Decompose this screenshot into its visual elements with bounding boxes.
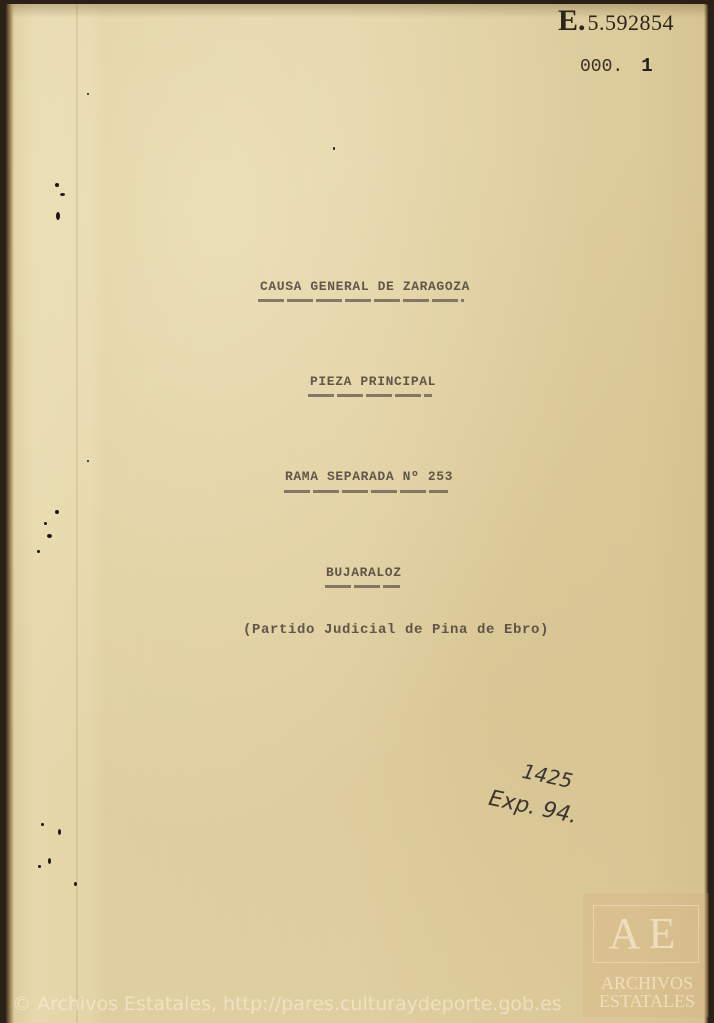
speck [58,829,61,835]
speck [87,460,89,462]
folio-page: 1 [641,55,652,77]
section-underline [308,394,432,397]
speck [87,93,89,95]
speck [55,183,59,187]
speck [333,147,335,150]
speck [60,193,65,196]
speck [44,522,47,525]
archivos-estatales-logo: AE ARCHIVOS ESTATALES [583,893,709,1017]
judicial-district: (Partido Judicial de Pina de Ebro) [243,622,549,638]
branch-heading: RAMA SEPARADA Nº 253 [285,469,453,484]
section-heading: PIEZA PRINCIPAL [310,374,436,389]
logo-line-2: ESTATALES [591,991,703,1012]
archive-stamp-code: E.5.592854 [558,4,674,38]
branch-underline [284,490,448,493]
speck [38,865,41,868]
document-title: CAUSA GENERAL DE ZARAGOZA [260,279,470,294]
speck [55,510,59,514]
speck [37,550,40,553]
speck [74,882,77,886]
locality-heading: BUJARALOZ [326,565,402,580]
folio-number: 000.1 [580,55,653,77]
folio-prefix: 000. [580,57,623,77]
stamp-letter: E. [558,4,586,37]
speck [47,534,52,538]
speck [48,858,51,864]
copyright-watermark: © Archivos Estatales, http://pares.cultu… [12,993,562,1015]
document-page [6,4,708,1023]
stamp-number: 5.592854 [588,10,675,35]
right-paper-edge [704,4,708,1023]
left-paper-edge [6,4,14,1023]
speck [56,212,60,220]
speck [41,823,44,826]
title-underline [258,299,464,302]
locality-underline [325,585,400,588]
logo-letters: AE [593,905,699,963]
